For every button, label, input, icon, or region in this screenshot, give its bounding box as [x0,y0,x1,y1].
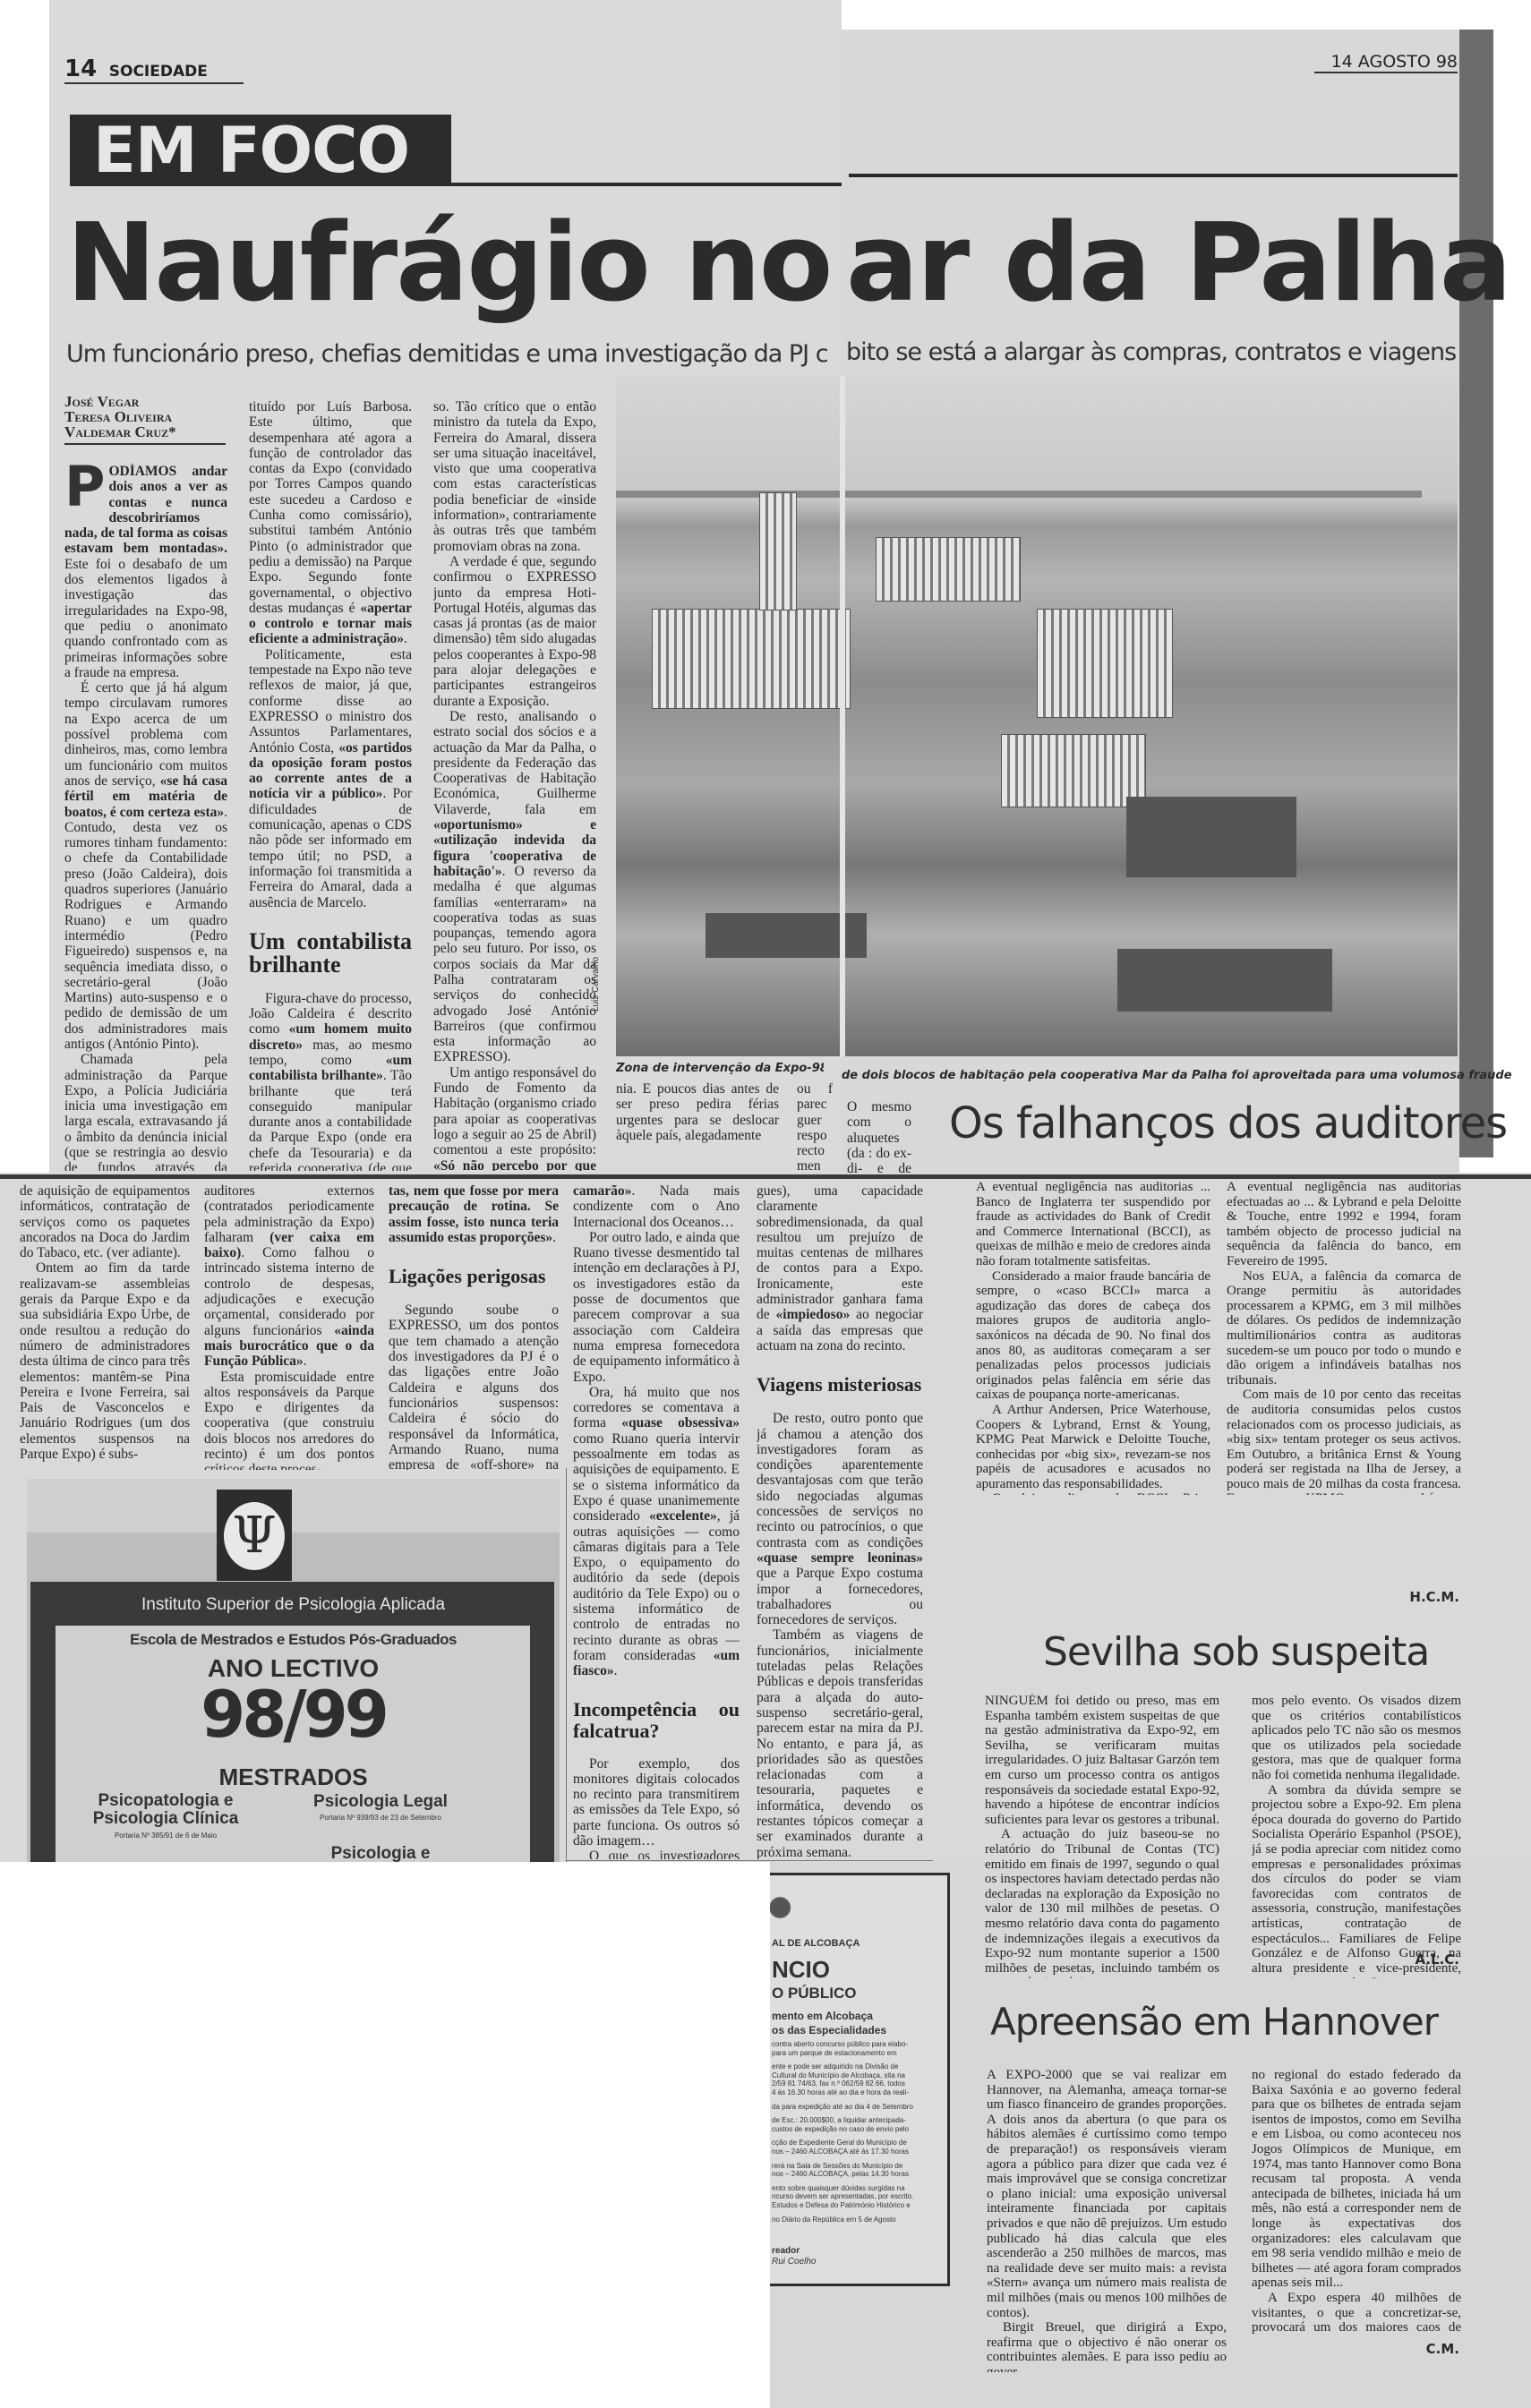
photo-caption-right: de dois blocos de habitação pela coopera… [842,1069,1512,1082]
column-5-top-fragment: ou f parec guer respo recto men [797,1081,833,1173]
column-6-top-fragment: O mesmo com o aluquetes (da : do ex-di- … [847,1099,911,1173]
ispa-program-2-ref: Portaria Nº 939/93 de 23 de Setembro [278,1814,483,1822]
municipal-crest-icon [770,1888,795,1927]
hannover-signature: C.M. [1397,2341,1459,2357]
ispa-logo-box: Ψ [217,1490,292,1581]
auditores-headline: Os falhanços dos auditores [949,1097,1507,1150]
ispa-programs-label: MESTRADOS [27,1763,560,1791]
fold-rule [0,1174,1531,1179]
photo-caption-left: Zona de intervenção da Expo-98: a [616,1062,824,1075]
lower-box-border [566,1468,567,1862]
kicker-rule-right [849,174,1458,177]
lower-column-5: gues), uma capacidade claramente sobredi… [757,1183,923,1859]
sevilha-column-1: NINGUÉM foi detido ou preso, mas em Espa… [985,1694,1219,1978]
author-2: Teresa Oliveira [64,409,226,424]
ispa-institute-name: Instituto Superior de Psicologia Aplicad… [27,1595,560,1615]
sevilha-column-2: mos pelo evento. Os visados dizem que os… [1252,1694,1461,1978]
ispa-program-3: Psicologia e [278,1844,483,1862]
page-number: 14 [64,56,97,82]
ispa-program-1-ref: Portaria Nº 385/91 de 6 de Maio [90,1832,242,1840]
psi-logo-icon: Ψ [224,1502,285,1570]
lower-column-2: auditores externos (contratados periodic… [204,1183,374,1470]
lower-box-bottom [566,1860,933,1861]
hannover-headline: Apreensão em Hannover [990,1998,1438,2046]
article-column-1: PODÍAMOS andar dois anos a ver as contas… [64,464,227,1171]
ispa-program-1: Psicopatologia e Psicologia Clínica [90,1792,242,1828]
alcobaca-public-notice: AL DE ALCOBAÇA NCIO O PÚBLICO mento em A… [770,1873,950,2286]
clipping-right-edge [1459,30,1493,1157]
sevilha-headline: Sevilha sob suspeita [1043,1627,1429,1678]
subhead-ligacoes: Ligações perigosas [389,1265,559,1288]
subhead-contabilista: Um contabilista brilhante [249,930,412,977]
auditores-signature: H.C.M. [1397,1589,1459,1605]
article-column-2: tituído por Luís Barbosa. Este último, q… [249,399,412,1171]
subhead-viagens: Viagens misteriosas [757,1373,923,1396]
column-4-top-fragment: nia. E poucos dias antes de ser preso pe… [616,1081,779,1173]
bridge-shape [616,491,1422,498]
sevilha-signature: A.L.C. [1397,1951,1459,1968]
subhead-incompetencia: Incompetência ou falcatrua? [573,1699,740,1742]
authors-byline: José Vegar Teresa Oliveira Valdemar Cruz… [64,394,226,445]
expo-aerial-photo [616,376,1458,1056]
page-header-left: 14 SOCIEDADE [64,56,244,84]
author-1: José Vegar [64,394,226,409]
ispa-program-2: Psicologia Legal [278,1792,483,1812]
hannover-column-1: A EXPO-2000 que se vai realizar em Hanno… [987,2068,1227,2372]
page-date: 14 AGOSTO 98 [1314,52,1458,73]
auditores-column-1: A eventual negligência nas auditorias ..… [976,1180,1210,1495]
main-headline-left: Naufrágio no [66,201,831,327]
ispa-advertisement: Ψ Instituto Superior de Psicologia Aplic… [27,1479,560,1862]
lower-column-1: de aquisição de equipamentos informático… [20,1183,190,1470]
main-subtitle-left: Um funcionário preso, chefias demitidas … [66,340,842,368]
ispa-year: 98/99 [27,1678,560,1751]
kicker-label: EM FOCO [93,115,409,186]
photo-credit: Luiz Carvalho [591,957,601,1012]
kicker-rule-left [451,183,842,186]
lower-column-4: camarão». Nada mais condizente com o Ano… [573,1183,740,1859]
auditores-column-2: A eventual negligência nas auditorias ef… [1227,1180,1461,1495]
photo-seam [840,376,845,1056]
lower-column-3: tas, nem que fosse por mera precaução de… [389,1183,559,1470]
drop-cap: P [64,464,105,510]
main-headline-right: ar da Palha [846,201,1510,327]
main-subtitle-right: bito se está a alargar às compras, contr… [846,338,1456,366]
ispa-school: Escola de Mestrados e Estudos Pós-Gradua… [27,1631,560,1649]
article-column-3: so. Tão crítico que o então ministro da … [433,399,596,1171]
section-name: SOCIEDADE [109,63,208,81]
author-3: Valdemar Cruz* [64,424,226,440]
notice-body: contra aberto concurso público para elab… [772,2040,913,2224]
hannover-column-2: no regional do estado federado da Baixa … [1252,2068,1461,2336]
